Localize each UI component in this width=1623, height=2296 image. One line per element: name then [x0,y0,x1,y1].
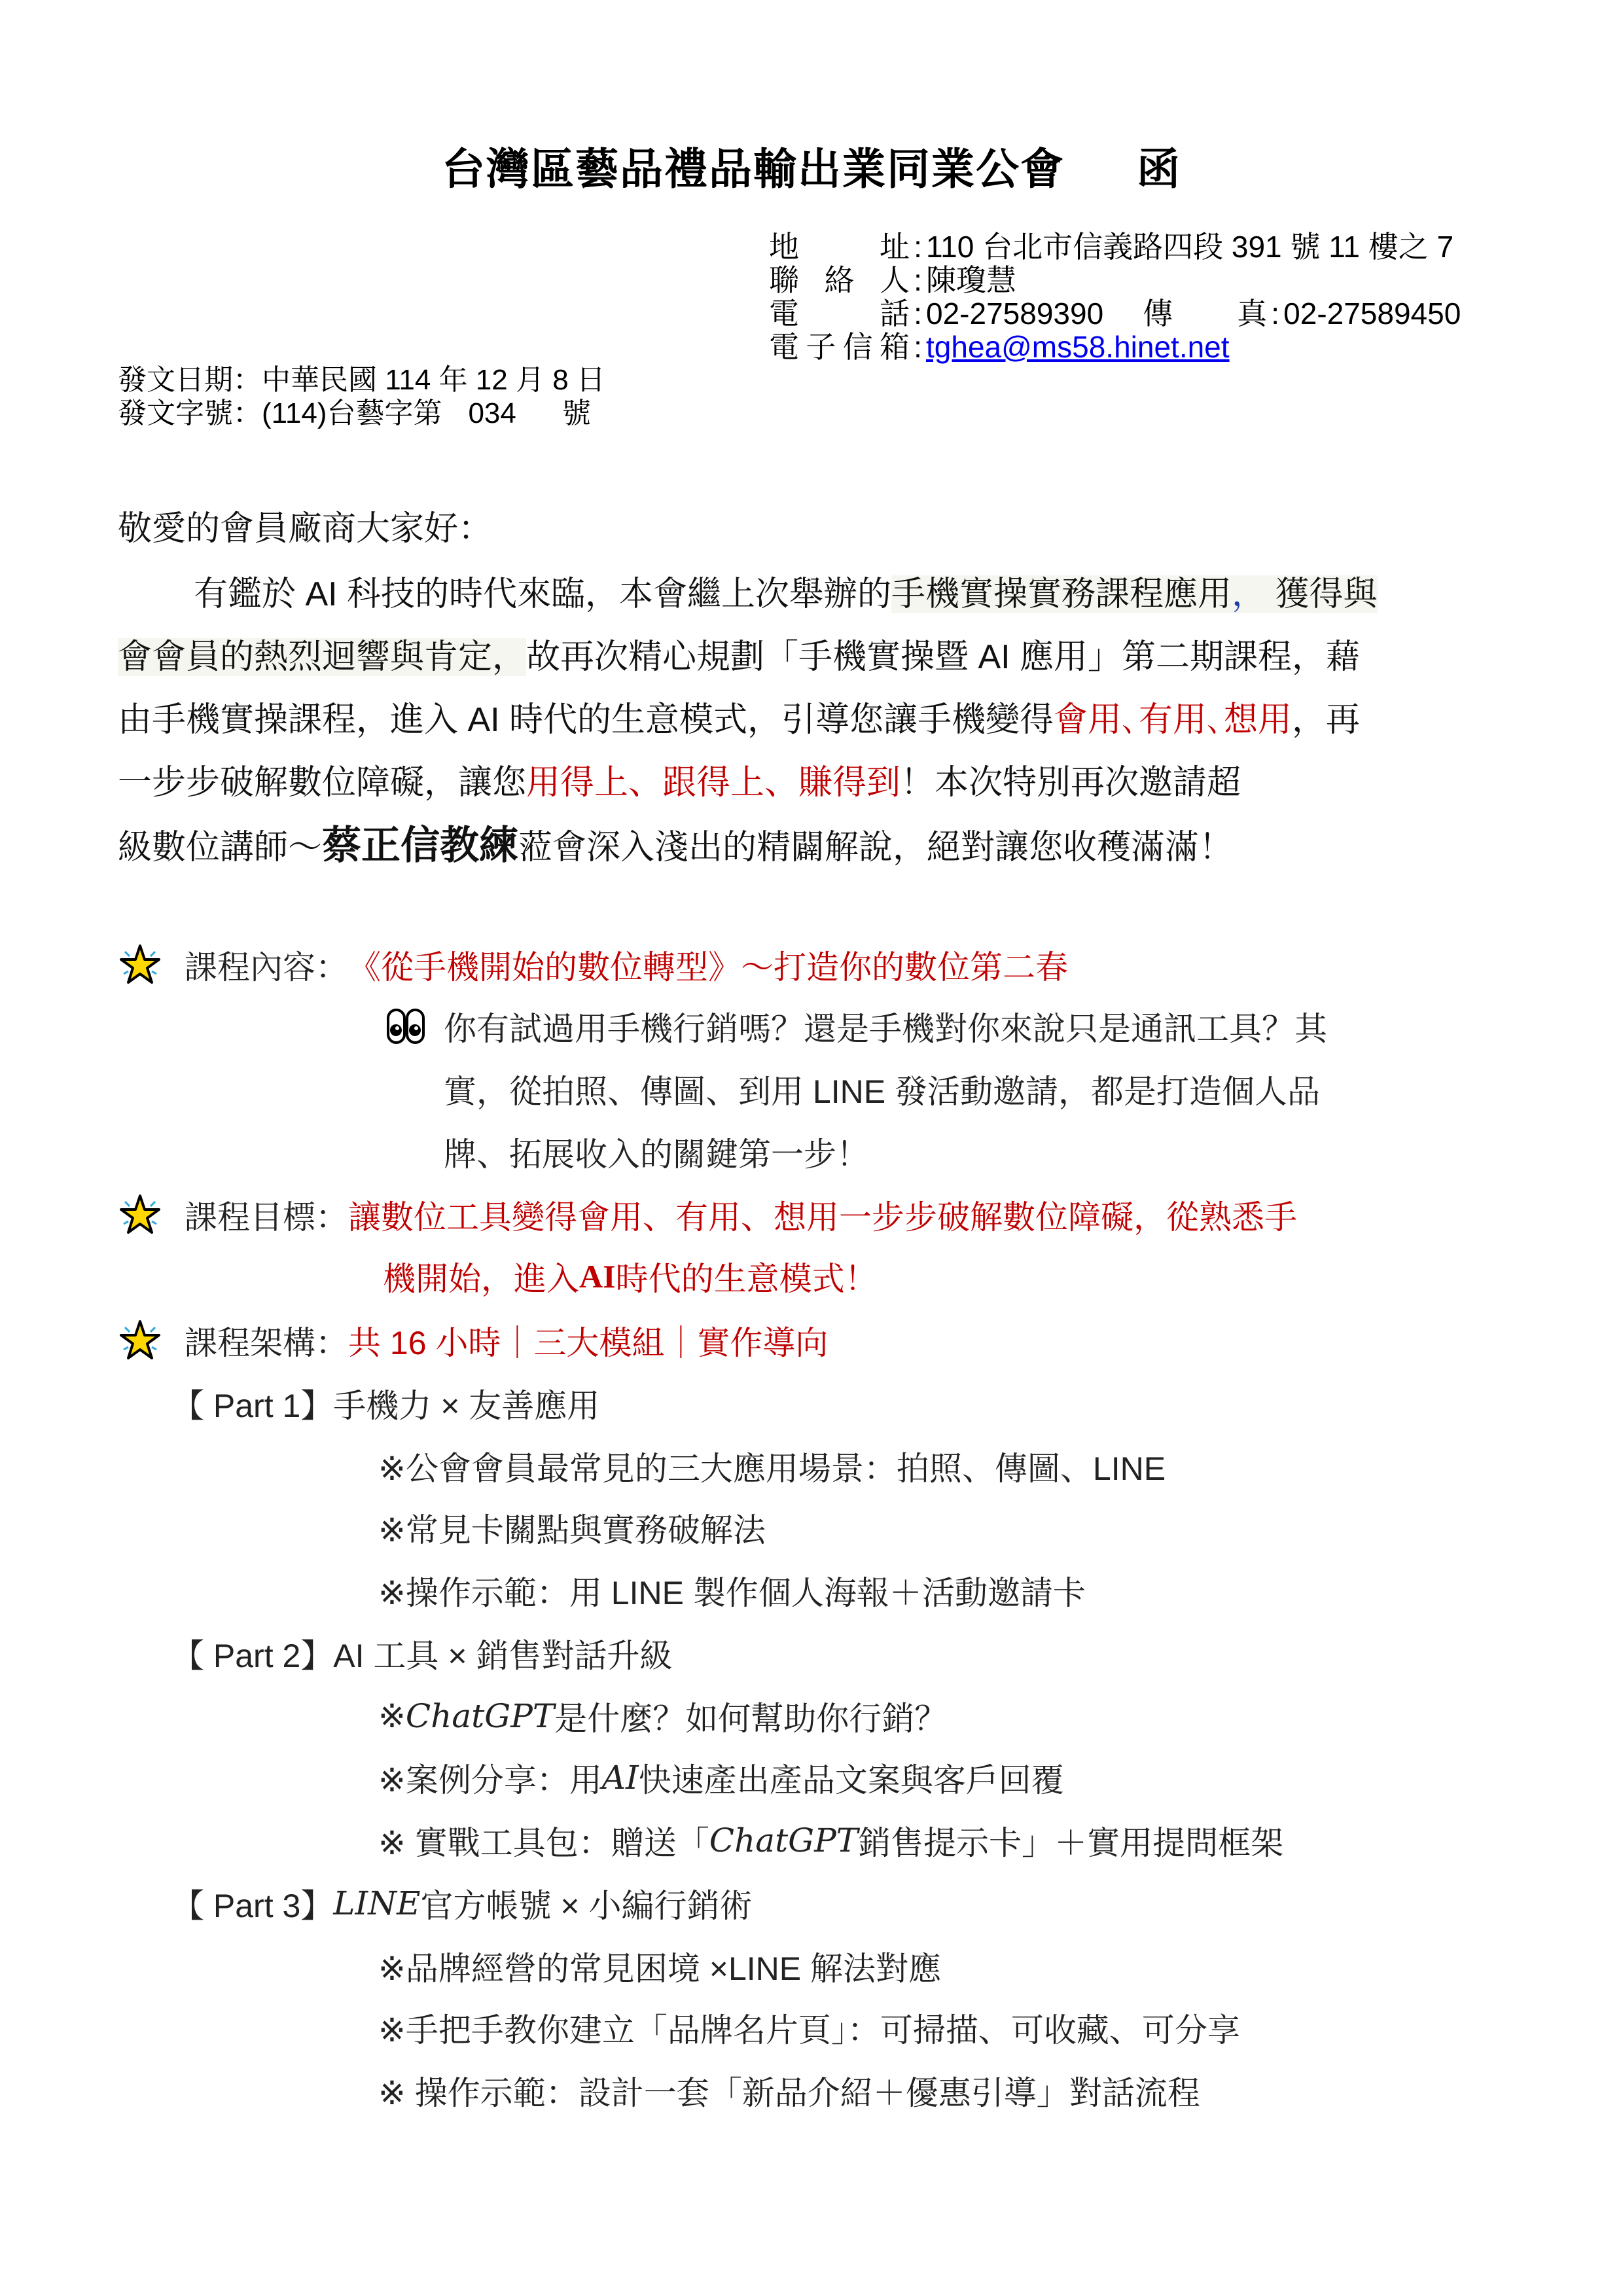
question-row-2: 實，從拍照、傳圖、到用 LINE 發活動邀請，都是打造個人品 [444,1066,1320,1113]
course-goal-row-2: 機開始，進入 AI 時代的生意模式！ [383,1253,878,1300]
sparkle-star-icon [119,1319,161,1361]
part-3-item: ※手把手教你建立「品牌名片頁」：可掃描、可收藏、可分享 [378,2004,1240,2051]
part-2-item: ※ChatGPT 是什麼？如何幫助你行銷？ [378,1693,947,1740]
part-1-item: ※常見卡關點與實務破解法 [378,1504,766,1551]
question-text: 實，從拍照、傳圖、到用 LINE 發活動邀請，都是打造個人品 [444,1066,1320,1113]
goal-text: 讓數位工具變得會用、有用、想用一步步破解數位障礙，從熟悉手 [348,1191,1297,1238]
structure-value: 共 16 小時｜三大模組｜實作導向 [348,1317,828,1364]
question-text: 牌、拓展收入的關鍵第一步！ [444,1128,869,1175]
course-goal-row: 課程目標：讓數位工具變得會用、有用、想用一步步破解數位障礙，從熟悉手 [119,1191,1297,1238]
list-item: 快速產出產品文案與客戶回覆 [639,1754,1064,1801]
goal-ai: AI [579,1257,616,1295]
part-tag: 【 Part 2】 [171,1630,333,1677]
italic-term: AI [602,1759,639,1797]
italic-term: ChatGPT [406,1697,554,1735]
list-item: ※手把手教你建立「品牌名片頁」：可掃描、可收藏、可分享 [378,2004,1240,2051]
list-item: ※ 實戰工具包：贈送「 [378,1817,709,1864]
list-item: ※品牌經營的常見困境 ×LINE 解法對應 [378,1943,941,1990]
part-1-item: ※操作示範：用 LINE 製作個人海報＋活動邀請卡 [378,1567,1086,1614]
part-title-italic: LINE [333,1884,420,1922]
part-3-item: ※ 操作示範：設計一套「新品介紹＋優惠引導」對話流程 [378,2067,1200,2114]
italic-term: ChatGPT [709,1821,858,1859]
part-tag: 【 Part 3】 [171,1880,333,1927]
sparkle-star-icon [119,1194,161,1236]
part-title: AI 工具 × 銷售對話升級 [333,1630,672,1677]
part-3-heading: 【 Part 3】LINE 官方帳號 × 小編行銷術 [171,1880,752,1927]
list-item: 是什麼？如何幫助你行銷？ [554,1693,947,1740]
goal-text: 機開始，進入 [383,1253,579,1300]
content-label: 課程內容： [185,941,348,988]
part-title: 手機力 × 友善應用 [333,1380,599,1427]
course-content-row: 課程內容：《從手機開始的數位轉型》～打造你的數位第二春 [119,941,1068,988]
course-section: 課程內容：《從手機開始的數位轉型》～打造你的數位第二春 你有試過用手機行銷嗎？還… [0,0,1623,2296]
question-row-1: 你有試過用手機行銷嗎？還是手機對你來說只是通訊工具？其 [386,1003,1327,1050]
part-1-heading: 【 Part 1】手機力 × 友善應用 [171,1380,599,1427]
part-tag: 【 Part 1】 [171,1380,333,1427]
list-item: ※操作示範：用 LINE 製作個人海報＋活動邀請卡 [378,1567,1086,1614]
goal-label: 課程目標： [185,1191,348,1238]
question-row-3: 牌、拓展收入的關鍵第一步！ [444,1128,869,1175]
part-2-item: ※ 實戰工具包：贈送「ChatGPT 銷售提示卡」＋實用提問框架 [378,1817,1283,1864]
sparkle-star-icon [119,944,161,986]
list-item: ※案例分享：用 [378,1754,602,1801]
list-item: ※ 操作示範：設計一套「新品介紹＋優惠引導」對話流程 [378,2067,1200,2114]
course-structure-row: 課程架構：共 16 小時｜三大模組｜實作導向 [119,1317,828,1364]
part-2-heading: 【 Part 2】AI 工具 × 銷售對話升級 [171,1630,672,1677]
structure-label: 課程架構： [185,1317,348,1364]
list-item: 銷售提示卡」＋實用提問框架 [858,1817,1283,1864]
part-2-item: ※案例分享：用 AI 快速產出產品文案與客戶回覆 [378,1754,1064,1801]
eyes-icon [386,1008,425,1045]
part-3-item: ※品牌經營的常見困境 ×LINE 解法對應 [378,1943,941,1990]
content-title: 《從手機開始的數位轉型》～打造你的數位第二春 [348,941,1068,988]
question-text: 你有試過用手機行銷嗎？還是手機對你來說只是通訊工具？其 [444,1003,1327,1050]
list-item: ※公會會員最常見的三大應用場景：拍照、傳圖、LINE [378,1443,1166,1490]
list-item: ※ [378,1697,406,1735]
goal-text: 時代的生意模式！ [616,1253,878,1300]
part-title: 官方帳號 × 小編行銷術 [421,1880,753,1927]
list-item: ※常見卡關點與實務破解法 [378,1504,766,1551]
part-1-item: ※公會會員最常見的三大應用場景：拍照、傳圖、LINE [378,1443,1166,1490]
